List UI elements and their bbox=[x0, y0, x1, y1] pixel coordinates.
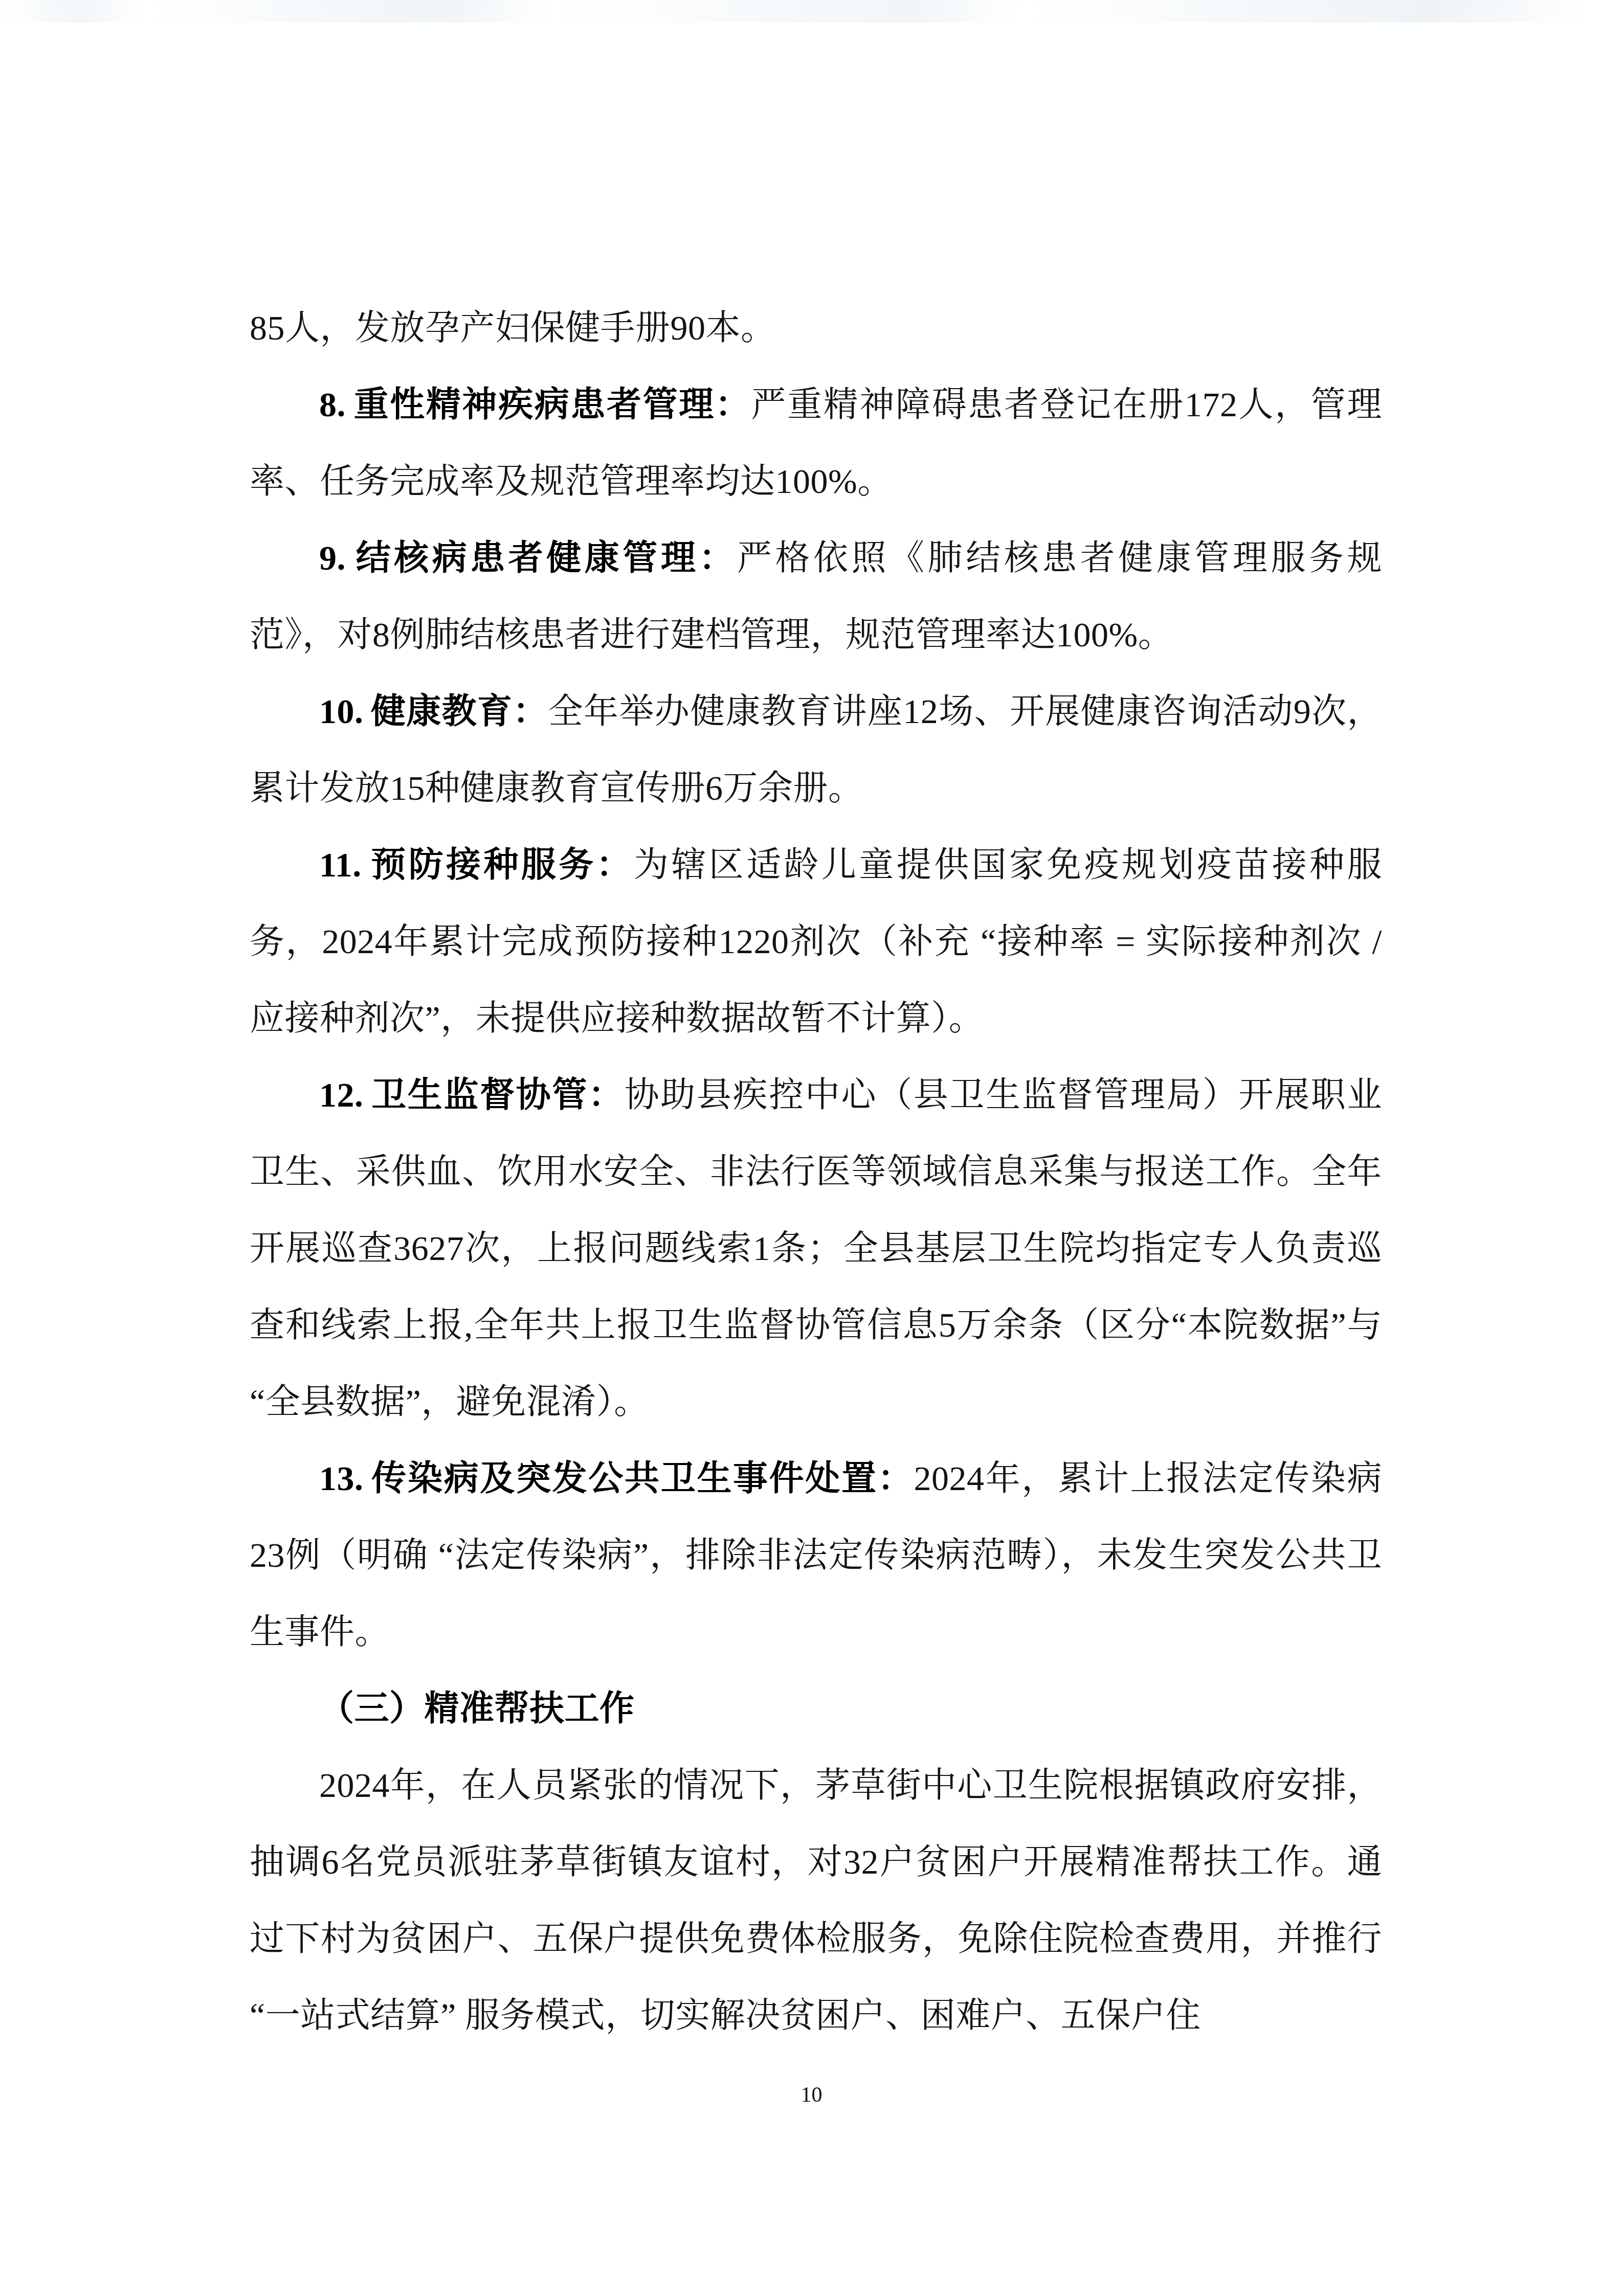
item-11-number: 11. bbox=[319, 845, 362, 884]
numbered-item-9: 9.结核病患者健康管理：严格依照《肺结核患者健康管理服务规范》，对8例肺结核患者… bbox=[250, 520, 1382, 673]
item-10-label: 10.健康教育： bbox=[319, 692, 548, 731]
item-12-text: 协助县疾控中心（县卫生监督管理局）开展职业卫生、采供血、饮用水安全、非法行医等领… bbox=[250, 1075, 1382, 1421]
closing-paragraph: 2024年，在人员紧张的情况下，茅草街中心卫生院根据镇政府安排，抽调6名党员派驻… bbox=[250, 1747, 1382, 2054]
item-10-title: 健康教育： bbox=[370, 692, 548, 731]
item-9-number: 9. bbox=[319, 538, 346, 577]
item-10-number: 10. bbox=[319, 692, 364, 731]
item-11-label: 11.预防接种服务： bbox=[319, 845, 634, 884]
scan-edge-artifact bbox=[0, 0, 1623, 22]
item-9-title: 结核病患者健康管理： bbox=[353, 538, 737, 577]
item-12-number: 12. bbox=[319, 1075, 364, 1114]
numbered-item-11: 11.预防接种服务：为辖区适龄儿童提供国家免疫规划疫苗接种服务，2024年累计完… bbox=[250, 826, 1382, 1056]
item-13-number: 13. bbox=[319, 1459, 364, 1498]
numbered-item-10: 10.健康教育：全年举办健康教育讲座12场、开展健康咨询活动9次，累计发放15种… bbox=[250, 673, 1382, 826]
section-heading: （三）精准帮扶工作 bbox=[250, 1670, 1382, 1747]
item-13-title: 传染病及突发公共卫生事件处置： bbox=[370, 1459, 914, 1498]
item-8-label: 8.重性精神疾病患者管理： bbox=[319, 385, 751, 424]
numbered-item-13: 13.传染病及突发公共卫生事件处置：2024年，累计上报法定传染病23例（明确 … bbox=[250, 1440, 1382, 1670]
continuation-paragraph: 85人，发放孕产妇保健手册90本。 bbox=[250, 289, 1382, 366]
item-13-label: 13.传染病及突发公共卫生事件处置： bbox=[319, 1459, 914, 1498]
numbered-item-12: 12.卫生监督协管：协助县疾控中心（县卫生监督管理局）开展职业卫生、采供血、饮用… bbox=[250, 1056, 1382, 1440]
page-footer: 10 bbox=[0, 2080, 1623, 2110]
item-8-number: 8. bbox=[319, 385, 346, 424]
item-12-title: 卫生监督协管： bbox=[370, 1075, 625, 1114]
item-12-label: 12.卫生监督协管： bbox=[319, 1075, 625, 1114]
document-body: 85人，发放孕产妇保健手册90本。 8.重性精神疾病患者管理：严重精神障碍患者登… bbox=[250, 289, 1382, 2054]
item-8-title: 重性精神疾病患者管理： bbox=[353, 385, 751, 424]
page-number: 10 bbox=[801, 2083, 822, 2107]
document-page: 85人，发放孕产妇保健手册90本。 8.重性精神疾病患者管理：严重精神障碍患者登… bbox=[0, 0, 1623, 2296]
item-11-title: 预防接种服务： bbox=[368, 845, 634, 884]
item-9-label: 9.结核病患者健康管理： bbox=[319, 538, 737, 577]
numbered-item-8: 8.重性精神疾病患者管理：严重精神障碍患者登记在册172人，管理率、任务完成率及… bbox=[250, 366, 1382, 520]
